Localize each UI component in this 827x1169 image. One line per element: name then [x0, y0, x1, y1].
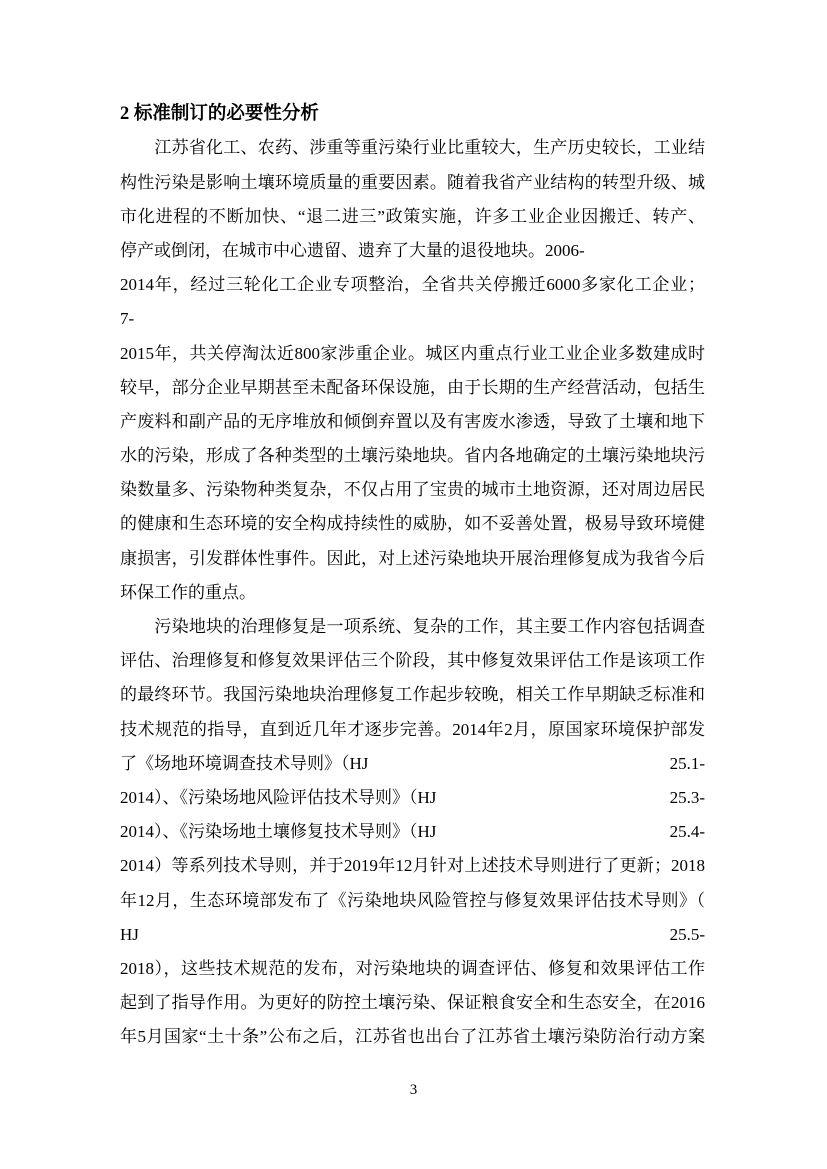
- text-line: 染数量多、污染物种类复杂，不仅占用了宝贵的城市土地资源，还对周边居民: [120, 473, 705, 507]
- line-right-text: 25.1-: [670, 747, 705, 781]
- text-line: 市化进程的不断加快、“退二进三”政策实施，许多工业企业因搬迁、转产、: [120, 200, 705, 234]
- text-line: 年5月国家“土十条”公布之后，江苏省也出台了江苏省土壤污染防治行动方案: [120, 1020, 705, 1054]
- line-right-text: 25.4-: [670, 815, 705, 849]
- text-line: 污染地块的治理修复是一项系统、复杂的工作，其主要工作内容包括调查: [120, 610, 705, 644]
- text-line: 起到了指导作用。为更好的防控土壤污染、保证粮食安全和生态安全，在2016: [120, 986, 705, 1020]
- line-left-text: 2014）、《污染场地风险评估技术导则》（HJ: [120, 781, 436, 815]
- text-line: 2018），这些技术规范的发布，对污染地块的调查评估、修复和效果评估工作: [120, 952, 705, 986]
- line-left-text: 2014）、《污染场地土壤修复技术导则》（HJ: [120, 815, 436, 849]
- text-line: 评估、治理修复和修复效果评估三个阶段，其中修复效果评估工作是该项工作: [120, 644, 705, 678]
- text-line: 康损害，引发群体性事件。因此，对上述污染地块开展治理修复成为我省今后: [120, 542, 705, 576]
- text-line: 年12月，生态环境部发布了《污染地块风险管控与修复效果评估技术导则》（: [120, 884, 705, 918]
- text-line: 2014）等系列技术导则，并于2019年12月针对上述技术导则进行了更新；201…: [120, 849, 705, 883]
- line-right-text: 25.5-: [670, 918, 705, 952]
- text-line: 7-: [120, 302, 705, 336]
- text-line: 较早，部分企业早期甚至未配备环保设施，由于长期的生产经营活动，包括生: [120, 371, 705, 405]
- document-page: 2 标准制订的必要性分析 江苏省化工、农药、涉重等重污染行业比重较大，生产历史较…: [0, 0, 827, 1169]
- text-line: 技术规范的指导，直到近几年才逐步完善。2014年2月，原国家环境保护部发布: [120, 713, 705, 747]
- text-line: 2014）、《污染场地风险评估技术导则》（HJ25.3-: [120, 781, 705, 815]
- body-lines: 江苏省化工、农药、涉重等重污染行业比重较大，生产历史较长，工业结构性污染是影响土…: [120, 131, 705, 1054]
- page-number: 3: [0, 1080, 827, 1100]
- text-line: 2014）、《污染场地土壤修复技术导则》（HJ25.4-: [120, 815, 705, 849]
- text-line: HJ25.5-: [120, 918, 705, 952]
- text-line: 停产或倒闭，在城市中心遗留、遗弃了大量的退役地块。2006-: [120, 234, 705, 268]
- line-left-text: HJ: [120, 918, 139, 952]
- line-right-text: 25.3-: [670, 781, 705, 815]
- text-line: 江苏省化工、农药、涉重等重污染行业比重较大，生产历史较长，工业结: [120, 131, 705, 165]
- text-line: 了《场地环境调查技术导则》（HJ25.1-: [120, 747, 705, 781]
- text-line: 环保工作的重点。: [120, 576, 705, 610]
- text-line: 2014年，经过三轮化工企业专项整治，全省共关停搬迁6000多家化工企业；200: [120, 268, 705, 302]
- line-left-text: 了《场地环境调查技术导则》（HJ: [120, 747, 368, 781]
- text-line: 的健康和生态环境的安全构成持续性的威胁，如不妥善处置，极易导致环境健: [120, 507, 705, 541]
- text-line: 的最终环节。我国污染地块治理修复工作起步较晚，相关工作早期缺乏标准和: [120, 678, 705, 712]
- text-line: 水的污染，形成了各种类型的土壤污染地块。省内各地确定的土壤污染地块污: [120, 439, 705, 473]
- page-content: 2 标准制订的必要性分析 江苏省化工、农药、涉重等重污染行业比重较大，生产历史较…: [120, 97, 705, 1054]
- text-line: 2015年，共关停淘汰近800家涉重企业。城区内重点行业工业企业多数建成时间: [120, 337, 705, 371]
- text-line: 构性污染是影响土壤环境质量的重要因素。随着我省产业结构的转型升级、城: [120, 166, 705, 200]
- section-heading: 2 标准制订的必要性分析: [120, 97, 705, 131]
- text-line: 产废料和副产品的无序堆放和倾倒弃置以及有害废水渗透，导致了土壤和地下: [120, 405, 705, 439]
